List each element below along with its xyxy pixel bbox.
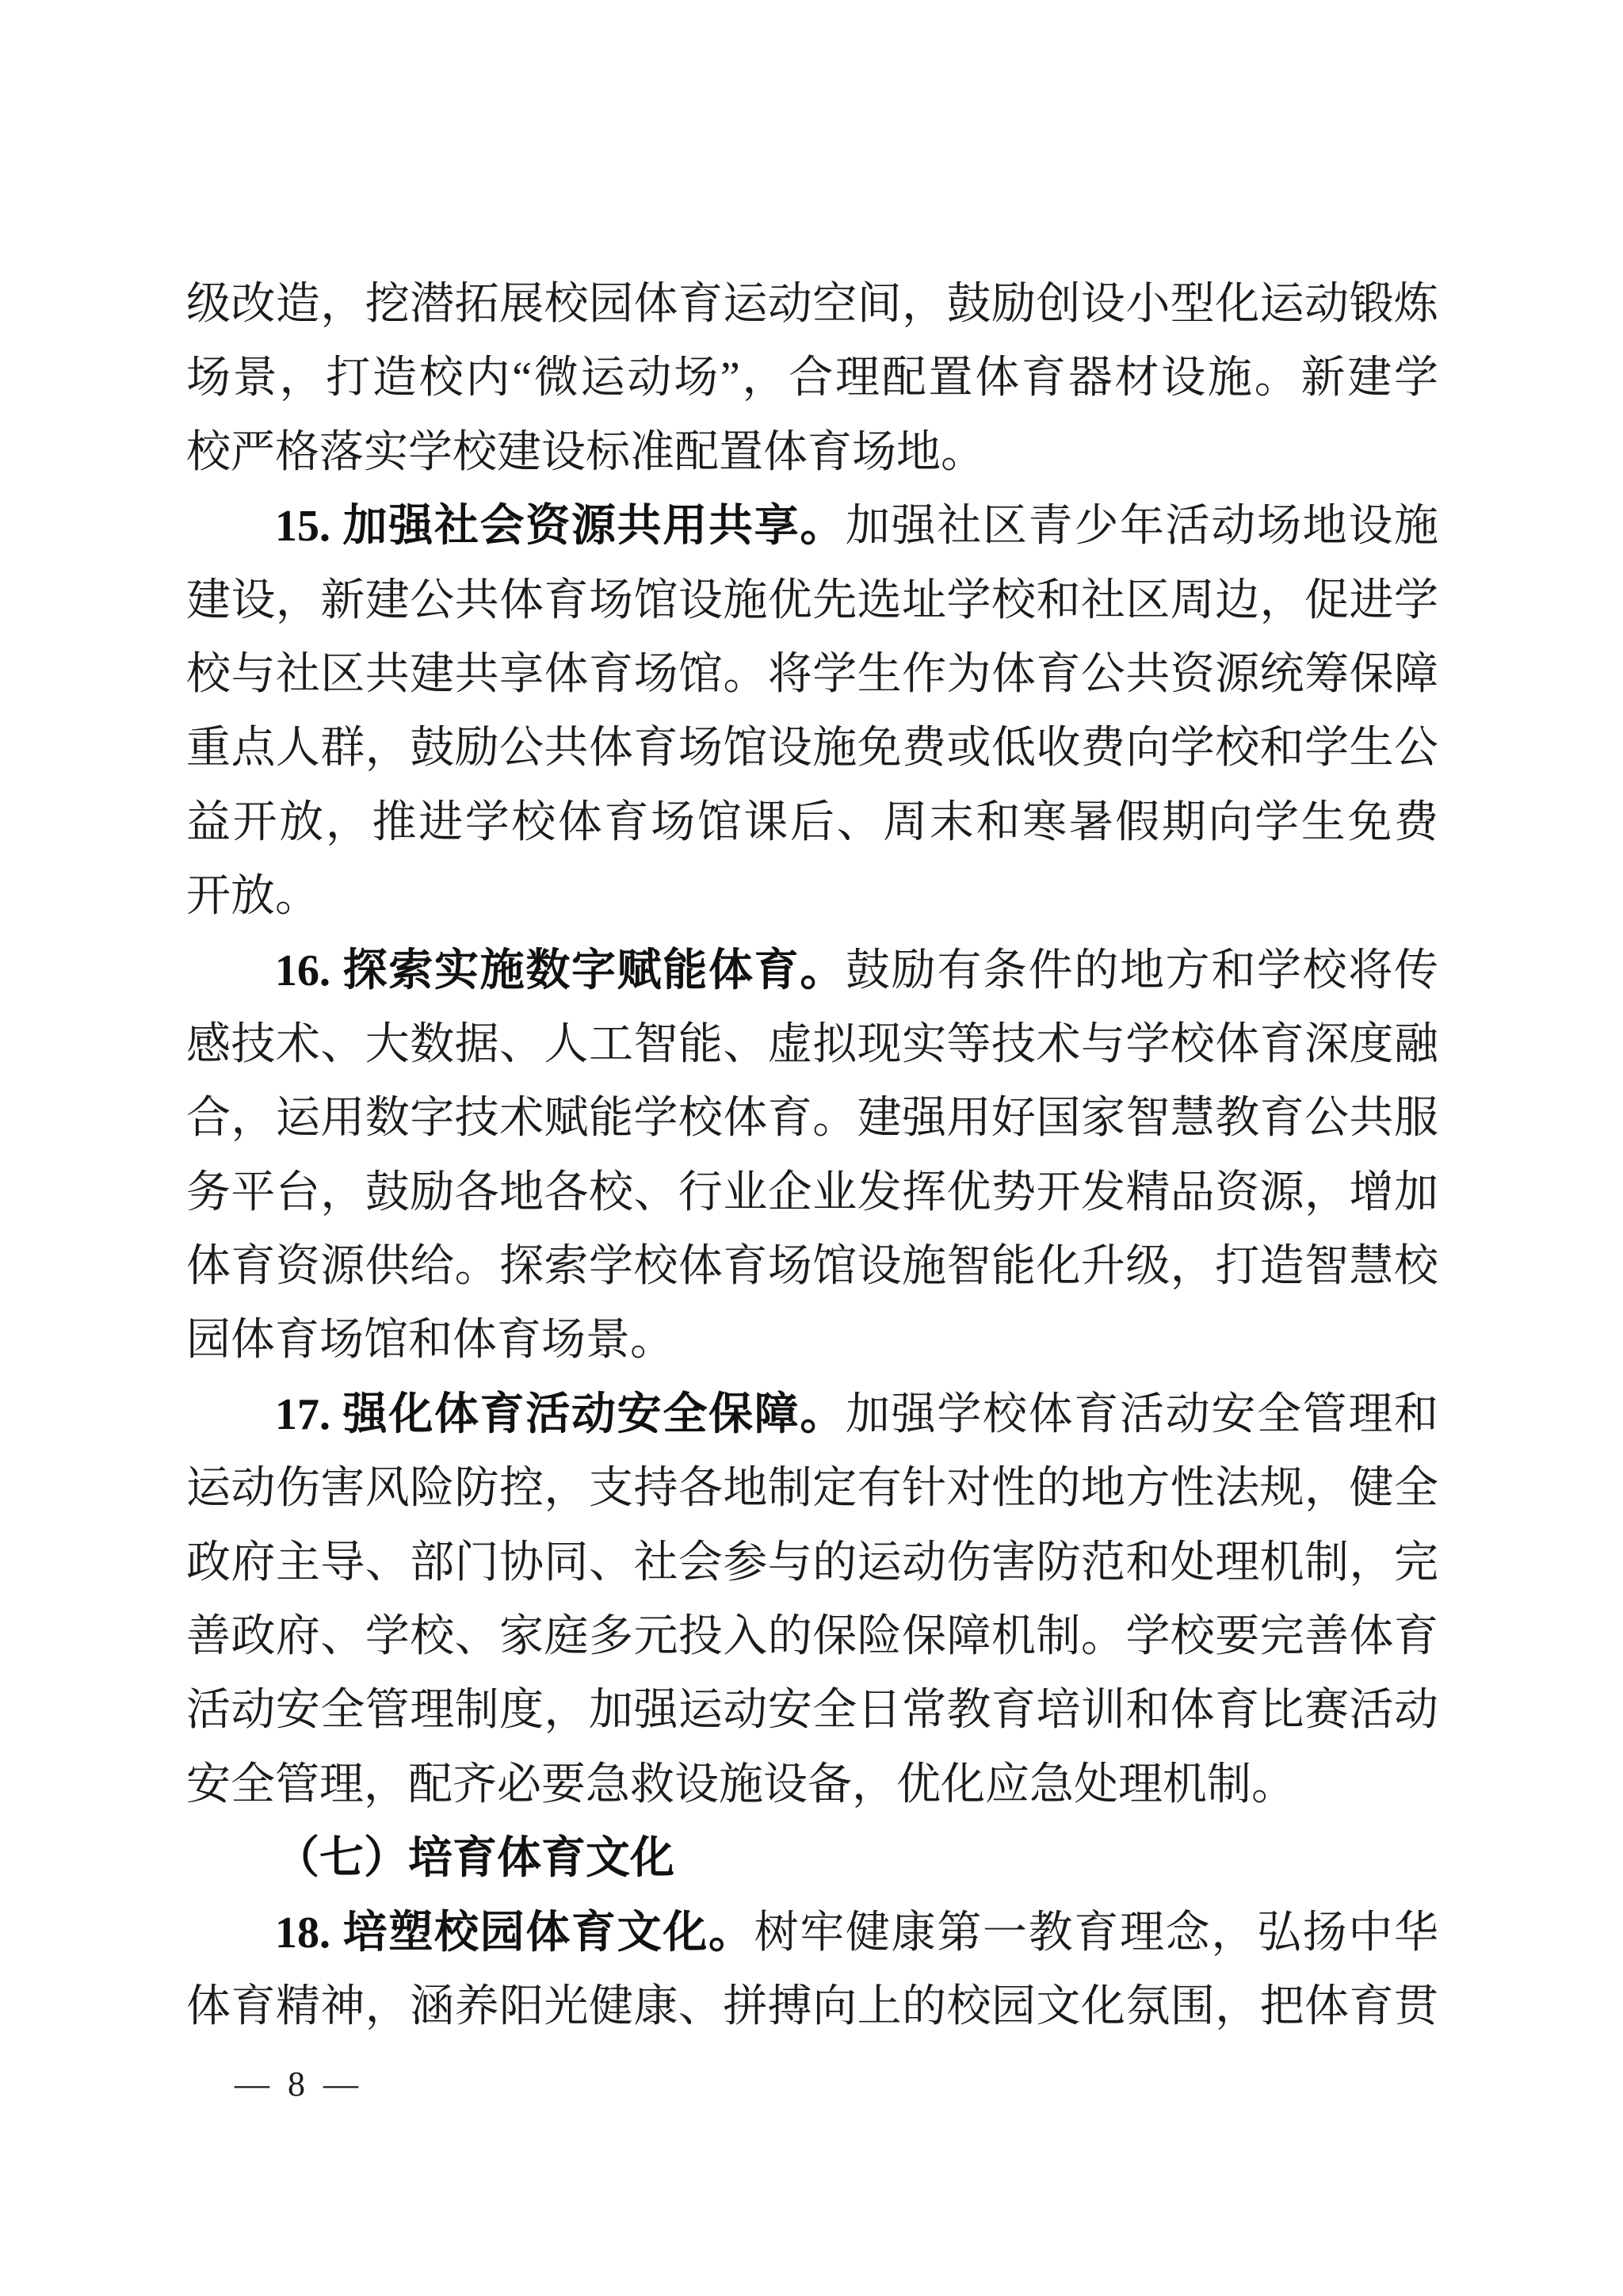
text-run: 感技术、大数据、人工智能、虚拟现实等技术与学校体育深度融: [186, 1020, 1438, 1069]
text-line: 重点人群，鼓励公共体育场馆设施免费或低收费向学校和学生公: [186, 712, 1438, 785]
page-number: — 8 —: [235, 2065, 363, 2104]
document-text-block: 级改造，挖潜拓展校园体育运动空间，鼓励创设小型化运动锻炼 场景，打造校内“微运动…: [186, 268, 1438, 2044]
text-run: 活动安全管理制度，加强运动安全日常教育培训和体育比赛活动: [186, 1686, 1438, 1735]
text-line: 善政府、学校、家庭多元投入的保险保障机制。学校要完善体育: [186, 1600, 1438, 1674]
text-run: 运动伤害风险防控，支持各地制定有针对性的地方性法规，健全: [186, 1464, 1438, 1513]
text-run: 加强学校体育活动安全管理和: [846, 1390, 1438, 1439]
text-run: 安全管理，配齐必要急救设施设备，优化应急处理机制。: [186, 1760, 1296, 1809]
text-line: 益开放，推进学校体育场馆课后、周末和寒暑假期向学生免费: [186, 786, 1438, 860]
section-heading-line-15: 15. 加强社会资源共用共享。加强社区青少年活动场地设施: [186, 490, 1438, 563]
text-run: 体育资源供给。探索学校体育场馆设施智能化升级，打造智慧校: [186, 1242, 1438, 1291]
text-line: 活动安全管理制度，加强运动安全日常教育培训和体育比赛活动: [186, 1674, 1438, 1748]
section-heading-bold: 16. 探索实施数字赋能体育。: [275, 946, 846, 995]
section-heading-bold: 15. 加强社会资源共用共享。: [275, 502, 846, 551]
text-run: 级改造，挖潜拓展校园体育运动空间，鼓励创设小型化运动锻炼: [186, 280, 1438, 329]
text-line: 合，运用数字技术赋能学校体育。建强用好国家智慧教育公共服: [186, 1082, 1438, 1156]
text-line: 开放。: [186, 860, 1438, 934]
text-run: 校与社区共建共享体育场馆。将学生作为体育公共资源统筹保障: [186, 650, 1438, 699]
text-line: 政府主导、部门协同、社会参与的运动伤害防范和处理机制，完: [186, 1526, 1438, 1600]
text-line: 体育精神，涵养阳光健康、拼搏向上的校园文化氛围，把体育贯: [186, 1970, 1438, 2044]
subsection-heading-bold: （七）培育体育文化: [275, 1834, 674, 1883]
text-run: 场景，打造校内“微运动场”，合理配置体育器材设施。新建学: [186, 353, 1438, 403]
text-run: 园体育场馆和体育场景。: [186, 1316, 674, 1365]
text-run: 务平台，鼓励各地各校、行业企业发挥优势开发精品资源，增加: [186, 1168, 1438, 1217]
subsection-heading-7: （七）培育体育文化: [186, 1822, 1438, 1896]
text-run: 重点人群，鼓励公共体育场馆设施免费或低收费向学校和学生公: [186, 724, 1438, 773]
section-heading-line-16: 16. 探索实施数字赋能体育。鼓励有条件的地方和学校将传: [186, 934, 1438, 1008]
text-line: 场景，打造校内“微运动场”，合理配置体育器材设施。新建学: [186, 342, 1438, 415]
text-line: 校严格落实学校建设标准配置体育场地。: [186, 416, 1438, 490]
text-line: 园体育场馆和体育场景。: [186, 1304, 1438, 1377]
section-heading-bold: 17. 强化体育活动安全保障。: [275, 1390, 846, 1439]
text-line: 体育资源供给。探索学校体育场馆设施智能化升级，打造智慧校: [186, 1230, 1438, 1304]
section-heading-line-18: 18. 培塑校园体育文化。树牢健康第一教育理念，弘扬中华: [186, 1897, 1438, 1970]
text-run: 体育精神，涵养阳光健康、拼搏向上的校园文化氛围，把体育贯: [186, 1982, 1438, 2031]
text-run: 建设，新建公共体育场馆设施优先选址学校和社区周边，促进学: [186, 576, 1438, 625]
text-run: 鼓励有条件的地方和学校将传: [846, 946, 1438, 995]
text-line: 运动伤害风险防控，支持各地制定有针对性的地方性法规，健全: [186, 1452, 1438, 1526]
text-line: 务平台，鼓励各地各校、行业企业发挥优势开发精品资源，增加: [186, 1156, 1438, 1230]
text-line: 校与社区共建共享体育场馆。将学生作为体育公共资源统筹保障: [186, 638, 1438, 712]
text-line: 级改造，挖潜拓展校园体育运动空间，鼓励创设小型化运动锻炼: [186, 268, 1438, 342]
text-run: 政府主导、部门协同、社会参与的运动伤害防范和处理机制，完: [186, 1538, 1438, 1587]
text-run: 合，运用数字技术赋能学校体育。建强用好国家智慧教育公共服: [186, 1094, 1438, 1143]
section-heading-bold: 18. 培塑校园体育文化。: [275, 1908, 754, 1958]
text-line: 建设，新建公共体育场馆设施优先选址学校和社区周边，促进学: [186, 564, 1438, 638]
text-line: 感技术、大数据、人工智能、虚拟现实等技术与学校体育深度融: [186, 1008, 1438, 1082]
text-run: 树牢健康第一教育理念，弘扬中华: [754, 1908, 1438, 1958]
text-run: 益开放，推进学校体育场馆课后、周末和寒暑假期向学生免费: [186, 798, 1438, 847]
text-run: 加强社区青少年活动场地设施: [846, 502, 1438, 551]
text-run: 开放。: [186, 872, 319, 921]
section-heading-line-17: 17. 强化体育活动安全保障。加强学校体育活动安全管理和: [186, 1378, 1438, 1452]
text-run: 校严格落实学校建设标准配置体育场地。: [186, 428, 985, 477]
text-run: 善政府、学校、家庭多元投入的保险保障机制。学校要完善体育: [186, 1612, 1438, 1661]
text-line: 安全管理，配齐必要急救设施设备，优化应急处理机制。: [186, 1748, 1438, 1822]
